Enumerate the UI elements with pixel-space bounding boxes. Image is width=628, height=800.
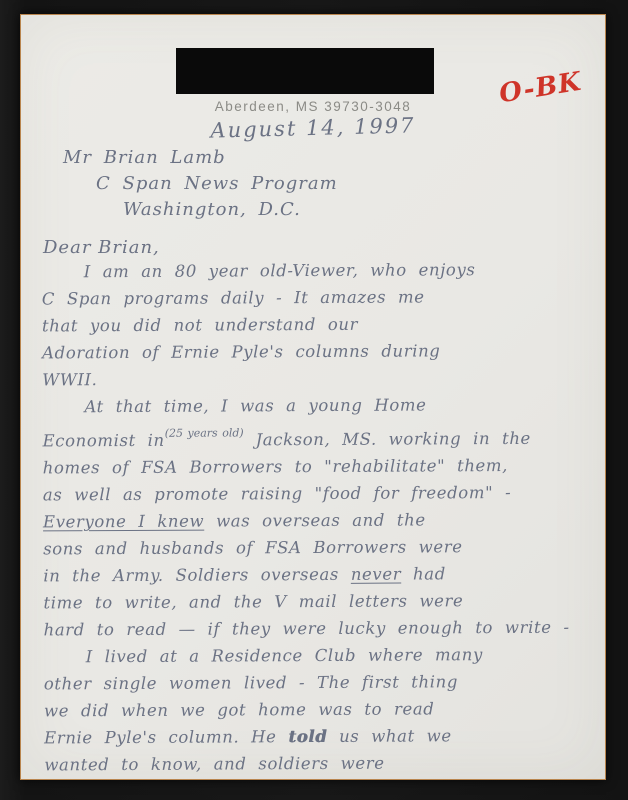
letter-line: as well as promote raising "food for fre…: [43, 479, 591, 509]
letter-line: Everyone I knew was overseas and the: [43, 506, 591, 536]
salutation: Dear Brian,: [43, 237, 160, 258]
letter-text-segment: wanted to know, and soldiers were: [44, 754, 384, 775]
recipient-city: Washington, D.C.: [123, 199, 301, 220]
letter-text-segment: C Span programs daily - It amazes me: [42, 287, 425, 308]
redaction-box: [176, 48, 434, 94]
letter-line: Economist in(25 years old) Jackson, MS. …: [42, 418, 590, 455]
letter-text-segment: we did when we got home was to read: [44, 699, 435, 720]
scan-background: Aberdeen, MS 39730-3048 O-BK August 14, …: [0, 0, 628, 800]
letter-text-segment: WWII.: [42, 370, 97, 389]
letter-line: homes of FSA Borrowers to "rehabilitate"…: [43, 452, 591, 482]
letter-text-segment: Jackson, MS. working in the: [244, 429, 531, 450]
letter-text-segment: Ernie Pyle's column. He: [44, 727, 288, 747]
letter-line: I lived at a Residence Club where many: [44, 641, 592, 671]
letter-line: sons and husbands of FSA Borrowers were: [43, 533, 591, 563]
letter-line: hard to read — if they were lucky enough…: [44, 614, 592, 644]
letter-text-segment: other single women lived - The first thi…: [44, 672, 458, 693]
recipient-organization: C Span News Program: [96, 173, 338, 194]
letter-text-segment: sons and husbands of FSA Borrowers were: [43, 537, 463, 558]
letter-text-segment: as well as promote raising "food for fre…: [43, 483, 511, 504]
date-line: August 14, 1997: [21, 108, 605, 147]
letter-text-segment: that you did not understand our: [42, 315, 358, 336]
letter-line: At that time, I was a young Home: [42, 391, 590, 421]
letter-line: in the Army. Soldiers overseas never had: [43, 560, 591, 590]
letter-body: I am an 80 year old-Viewer, who enjoysC …: [42, 256, 593, 779]
letter-text-segment: Economist in: [43, 431, 165, 451]
letter-text-segment: homes of FSA Borrowers to "rehabilitate"…: [43, 456, 508, 477]
letter-text-segment: told: [288, 727, 327, 746]
letter-text-segment: (25 years old): [165, 426, 244, 439]
letter-text-segment: was overseas and the: [204, 510, 426, 530]
letter-line: wanted to know, and soldiers were: [44, 749, 592, 779]
letter-text-segment: time to write, and the V mail letters we…: [43, 591, 463, 612]
letter-line: Adoration of Ernie Pyle's columns during: [42, 337, 590, 367]
letter-line: time to write, and the V mail letters we…: [43, 587, 591, 617]
letter-text-segment: in the Army. Soldiers overseas: [43, 565, 351, 586]
letter-line: I am an 80 year old-Viewer, who enjoys: [42, 256, 590, 286]
recipient-name: Mr Brian Lamb: [63, 147, 226, 168]
letter-text-segment: had: [401, 564, 446, 583]
letter-text-segment: Adoration of Ernie Pyle's columns during: [42, 341, 440, 362]
letter-text-segment: Everyone I knew: [43, 512, 204, 532]
letter-text-segment: I am an 80 year old-Viewer, who enjoys: [84, 260, 476, 281]
letter-text-segment: At that time, I was a young Home: [84, 395, 426, 416]
letter-line: we did when we got home was to read: [44, 695, 592, 725]
letter-text-segment: never: [351, 565, 401, 584]
letter-page: Aberdeen, MS 39730-3048 O-BK August 14, …: [20, 14, 606, 780]
letter-text-segment: hard to read — if they were lucky enough…: [44, 618, 570, 640]
letter-line: other single women lived - The first thi…: [44, 668, 592, 698]
letter-line: Ernie Pyle's column. He told us what we: [44, 722, 592, 752]
letter-text-segment: us what we: [327, 726, 452, 746]
letter-line: WWII.: [42, 364, 590, 394]
letter-line: that you did not understand our: [42, 310, 590, 340]
letter-line: C Span programs daily - It amazes me: [42, 283, 590, 313]
letter-text-segment: I lived at a Residence Club where many: [86, 645, 483, 666]
